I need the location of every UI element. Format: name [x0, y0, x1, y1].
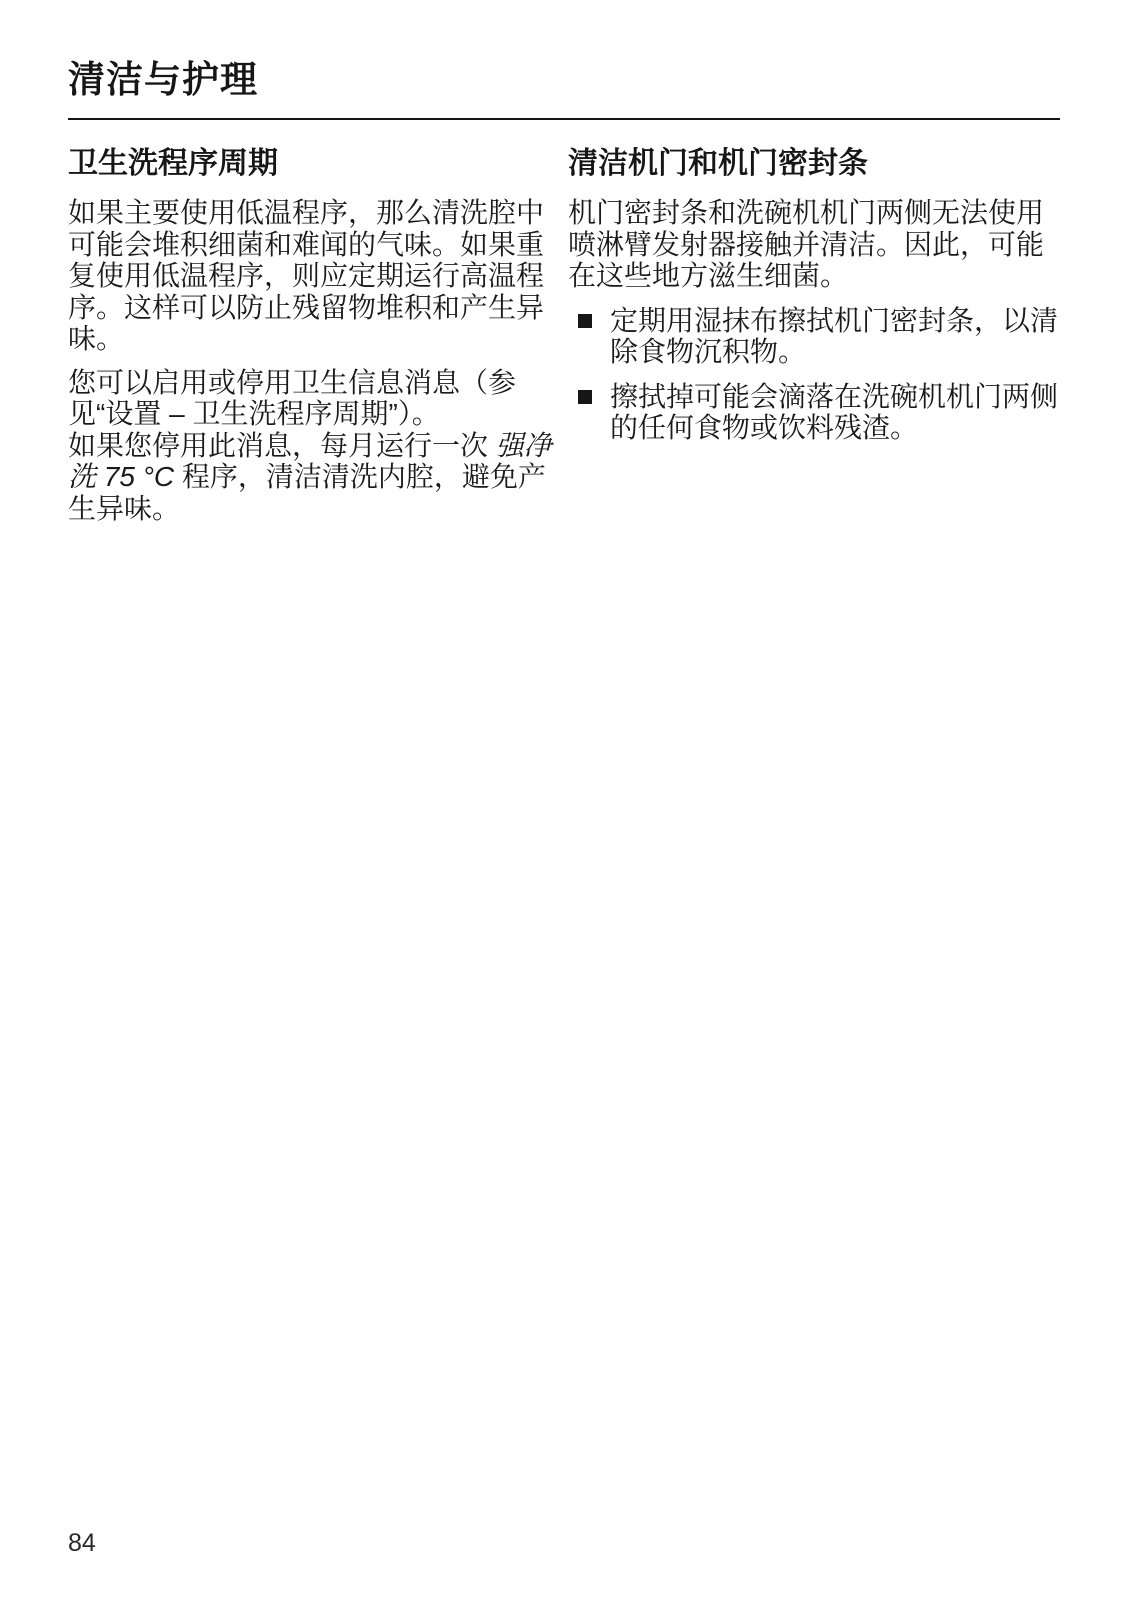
bullet-square-icon	[578, 390, 592, 404]
list-item-text: 定期用湿抹布擦拭机门密封条，以清除食物沉积物。	[610, 305, 1060, 368]
paragraph-text: 如果您停用此消息，每月运行一次	[68, 430, 496, 461]
paragraph-door-seal-intro: 机门密封条和洗碗机机门两侧无法使用喷淋臂发射器接触并清洁。因此，可能在这些地方滋…	[568, 197, 1060, 292]
page-number: 84	[68, 1528, 96, 1558]
list-item: 擦拭掉可能会滴落在洗碗机机门两侧的任何食物或饮料残渣。	[568, 381, 1060, 444]
list-item: 定期用湿抹布擦拭机门密封条，以清除食物沉积物。	[568, 305, 1060, 368]
bullet-square-icon	[578, 314, 592, 328]
right-column: 清洁机门和机门密封条 机门密封条和洗碗机机门两侧无法使用喷淋臂发射器接触并清洁。…	[568, 146, 1060, 524]
list-item-text: 擦拭掉可能会滴落在洗碗机机门两侧的任何食物或饮料残渣。	[610, 381, 1060, 444]
paragraph-hygiene-info: 您可以启用或停用卫生信息消息（参见“设置 – 卫生洗程序周期”）。如果您停用此消…	[68, 367, 568, 525]
left-column: 卫生洗程序周期 如果主要使用低温程序，那么清洗腔中可能会堆积细菌和难闻的气味。如…	[68, 146, 568, 524]
section-heading-door-seal: 清洁机门和机门密封条	[568, 146, 1060, 182]
page-content: 清洁与护理 卫生洗程序周期 如果主要使用低温程序，那么清洗腔中可能会堆积细菌和难…	[68, 58, 1060, 524]
two-column-layout: 卫生洗程序周期 如果主要使用低温程序，那么清洗腔中可能会堆积细菌和难闻的气味。如…	[68, 146, 1060, 524]
manual-page: 清洁与护理 卫生洗程序周期 如果主要使用低温程序，那么清洗腔中可能会堆积细菌和难…	[0, 0, 1128, 1600]
paragraph-hygiene-intro: 如果主要使用低温程序，那么清洗腔中可能会堆积细菌和难闻的气味。如果重复使用低温程…	[68, 197, 568, 355]
page-title: 清洁与护理	[68, 58, 1060, 102]
section-heading-hygiene-cycle: 卫生洗程序周期	[68, 146, 568, 182]
paragraph-text: 您可以启用或停用卫生信息消息（参见“设置 – 卫生洗程序周期”）。	[68, 367, 516, 430]
title-divider	[68, 118, 1060, 120]
